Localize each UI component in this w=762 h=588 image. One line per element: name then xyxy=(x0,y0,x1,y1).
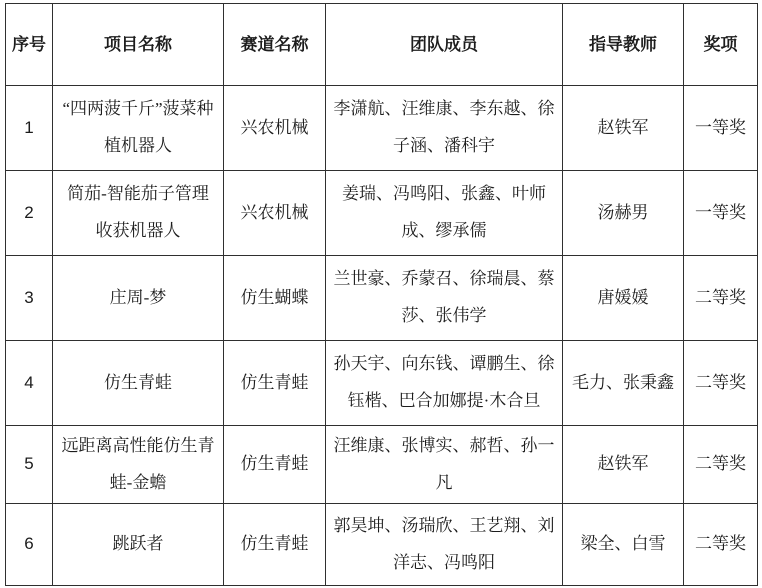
document-page: 序号 项目名称 赛道名称 团队成员 指导教师 奖项 1 “四两菠千斤”菠菜种植机… xyxy=(0,0,762,588)
award-level: 一等奖 xyxy=(684,86,758,171)
table-row: 6 跳跃者 仿生青蛙 郭昊坤、汤瑞欣、王艺翔、刘洋志、冯鸣阳 梁全、白雪 二等奖 xyxy=(6,504,758,586)
project-name: 跳跃者 xyxy=(53,504,224,586)
track-name: 仿生青蛙 xyxy=(224,341,326,426)
row-number: 5 xyxy=(6,426,53,504)
header-teachers: 指导教师 xyxy=(563,4,684,86)
award-level: 一等奖 xyxy=(684,171,758,256)
advisors: 毛力、张秉鑫 xyxy=(563,341,684,426)
award-level: 二等奖 xyxy=(684,504,758,586)
team-members: 兰世豪、乔蒙召、徐瑞晨、蔡莎、张伟学 xyxy=(326,256,563,341)
award-results-table: 序号 项目名称 赛道名称 团队成员 指导教师 奖项 1 “四两菠千斤”菠菜种植机… xyxy=(5,3,758,586)
award-level: 二等奖 xyxy=(684,426,758,504)
award-level: 二等奖 xyxy=(684,341,758,426)
row-number: 2 xyxy=(6,171,53,256)
track-name: 仿生青蛙 xyxy=(224,504,326,586)
table-row: 4 仿生青蛙 仿生青蛙 孙天宇、向东钱、谭鹏生、徐钰楷、巴合加娜提·木合旦 毛力… xyxy=(6,341,758,426)
header-project: 项目名称 xyxy=(53,4,224,86)
table-row: 2 简茄-智能茄子管理收获机器人 兴农机械 姜瑞、冯鸣阳、张鑫、叶师成、缪承儒 … xyxy=(6,171,758,256)
header-track: 赛道名称 xyxy=(224,4,326,86)
advisors: 梁全、白雪 xyxy=(563,504,684,586)
project-name: 庄周-梦 xyxy=(53,256,224,341)
track-name: 仿生青蛙 xyxy=(224,426,326,504)
advisors: 赵铁军 xyxy=(563,86,684,171)
project-name: 简茄-智能茄子管理收获机器人 xyxy=(53,171,224,256)
advisors: 汤赫男 xyxy=(563,171,684,256)
team-members: 李潇航、汪维康、李东越、徐子涵、潘科宇 xyxy=(326,86,563,171)
header-award: 奖项 xyxy=(684,4,758,86)
header-members: 团队成员 xyxy=(326,4,563,86)
header-no: 序号 xyxy=(6,4,53,86)
team-members: 姜瑞、冯鸣阳、张鑫、叶师成、缪承儒 xyxy=(326,171,563,256)
row-number: 4 xyxy=(6,341,53,426)
track-name: 兴农机械 xyxy=(224,86,326,171)
table-row: 5 远距离高性能仿生青蛙-金蟾 仿生青蛙 汪维康、张博实、郝哲、孙一凡 赵铁军 … xyxy=(6,426,758,504)
row-number: 1 xyxy=(6,86,53,171)
team-members: 孙天宇、向东钱、谭鹏生、徐钰楷、巴合加娜提·木合旦 xyxy=(326,341,563,426)
track-name: 兴农机械 xyxy=(224,171,326,256)
advisors: 赵铁军 xyxy=(563,426,684,504)
table-row: 1 “四两菠千斤”菠菜种植机器人 兴农机械 李潇航、汪维康、李东越、徐子涵、潘科… xyxy=(6,86,758,171)
project-name: 远距离高性能仿生青蛙-金蟾 xyxy=(53,426,224,504)
row-number: 6 xyxy=(6,504,53,586)
project-name: 仿生青蛙 xyxy=(53,341,224,426)
team-members: 汪维康、张博实、郝哲、孙一凡 xyxy=(326,426,563,504)
track-name: 仿生蝴蝶 xyxy=(224,256,326,341)
project-name: “四两菠千斤”菠菜种植机器人 xyxy=(53,86,224,171)
advisors: 唐媛媛 xyxy=(563,256,684,341)
award-level: 二等奖 xyxy=(684,256,758,341)
table-row: 3 庄周-梦 仿生蝴蝶 兰世豪、乔蒙召、徐瑞晨、蔡莎、张伟学 唐媛媛 二等奖 xyxy=(6,256,758,341)
table-header-row: 序号 项目名称 赛道名称 团队成员 指导教师 奖项 xyxy=(6,4,758,86)
row-number: 3 xyxy=(6,256,53,341)
team-members: 郭昊坤、汤瑞欣、王艺翔、刘洋志、冯鸣阳 xyxy=(326,504,563,586)
